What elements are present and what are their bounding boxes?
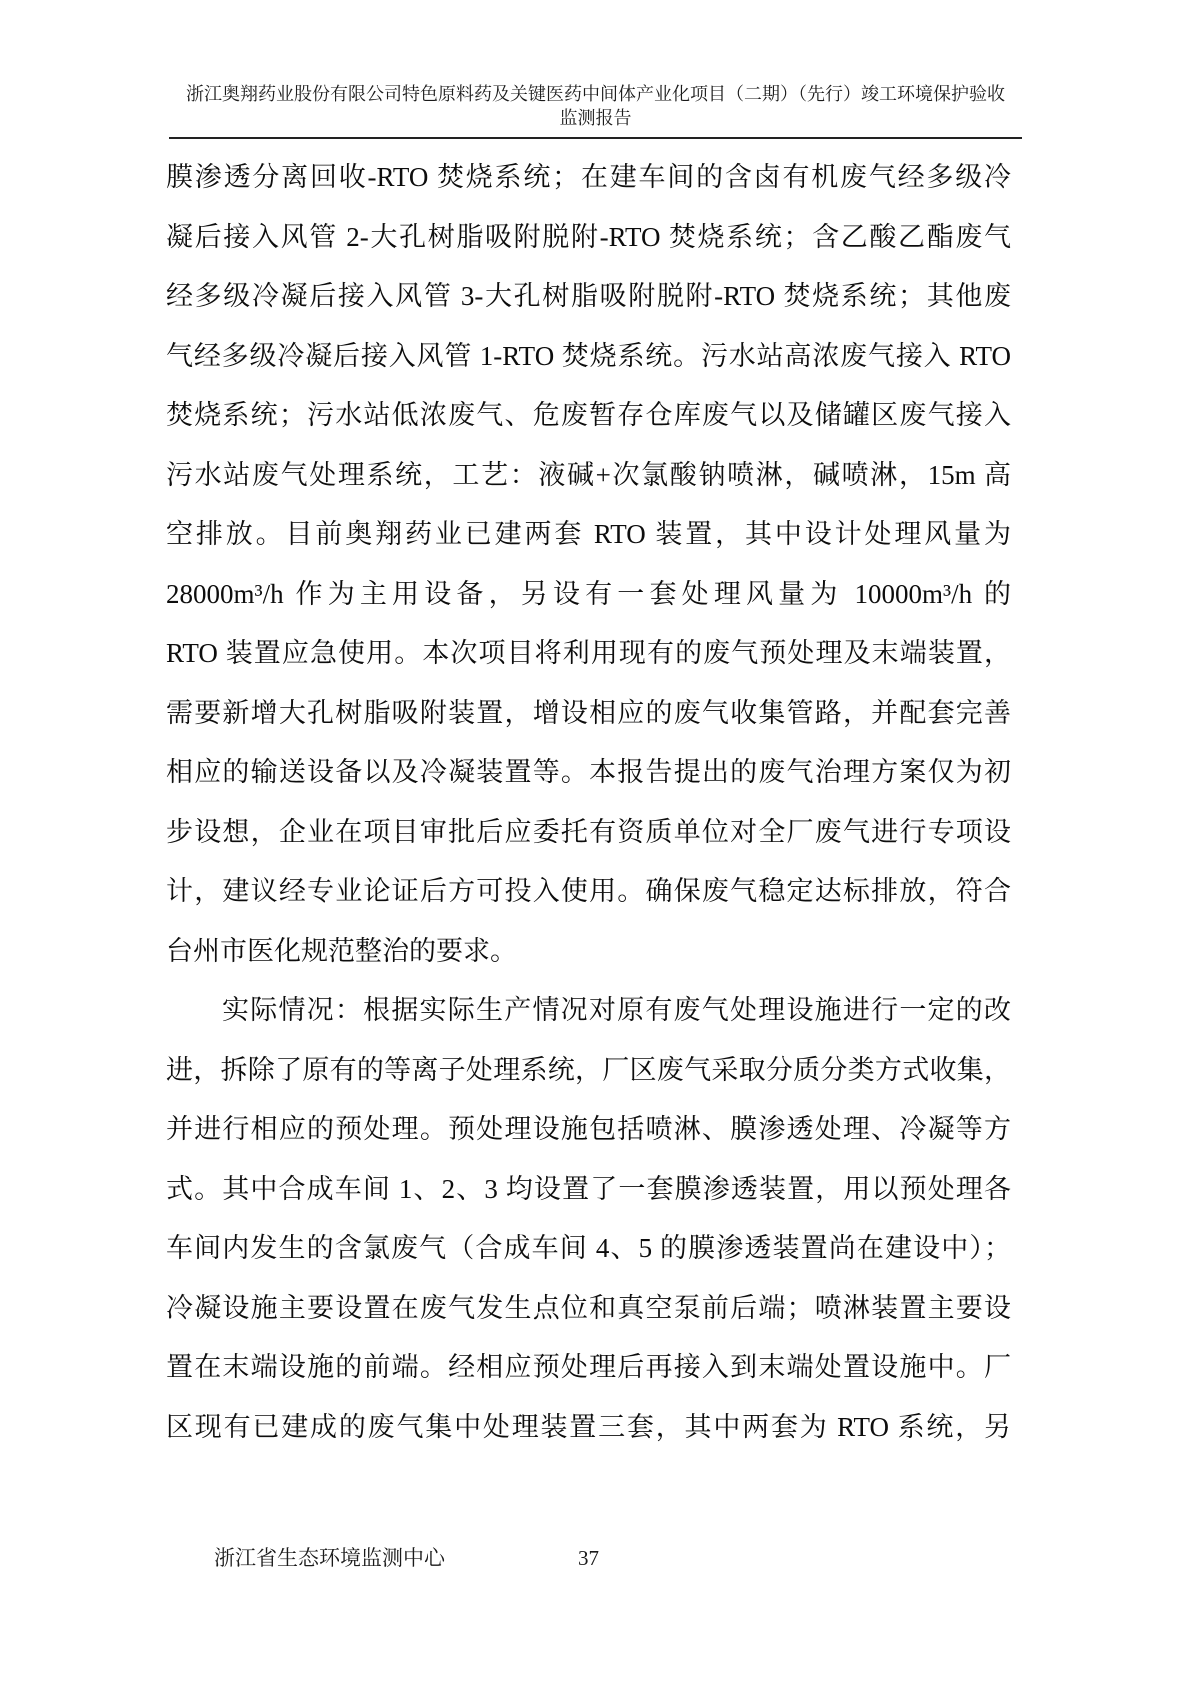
- paragraph-line: 需要新增大孔树脂吸附装置，增设相应的废气收集管路，并配套完善: [166, 684, 1011, 744]
- paragraph-line: 污水站废气处理系统，工艺：液碱+次氯酸钠喷淋，碱喷淋，15m 高: [166, 446, 1011, 506]
- paragraph-line: 经多级冷凝后接入风管 3-大孔树脂吸附脱附-RTO 焚烧系统；其他废: [166, 267, 1011, 327]
- header-title-line2: 监测报告: [169, 106, 1022, 130]
- paragraph-line: 冷凝设施主要设置在废气发生点位和真空泵前后端；喷淋装置主要设: [166, 1279, 1011, 1339]
- paragraph-line: 车间内发生的含氯废气（合成车间 4、5 的膜渗透装置尚在建设中）；: [166, 1219, 1011, 1279]
- paragraph-line: 气经多级冷凝后接入风管 1-RTO 焚烧系统。污水站高浓废气接入 RTO: [166, 327, 1011, 387]
- paragraph-line: 实际情况：根据实际生产情况对原有废气处理设施进行一定的改: [166, 981, 1011, 1041]
- paragraph-line: 区现有已建成的废气集中处理装置三套，其中两套为 RTO 系统，另: [166, 1398, 1011, 1458]
- paragraph-line: 步设想，企业在项目审批后应委托有资质单位对全厂废气进行专项设: [166, 803, 1011, 863]
- page-header: 浙江奥翔药业股份有限公司特色原料药及关键医药中间体产业化项目（二期）（先行）竣工…: [169, 82, 1022, 130]
- paragraph-line: 空排放。目前奥翔药业已建两套 RTO 装置，其中设计处理风量为: [166, 505, 1011, 565]
- document-page: 浙江奥翔药业股份有限公司特色原料药及关键医药中间体产业化项目（二期）（先行）竣工…: [0, 0, 1190, 1683]
- paragraph-line: 相应的输送设备以及冷凝装置等。本报告提出的废气治理方案仅为初: [166, 743, 1011, 803]
- document-body: 膜渗透分离回收-RTO 焚烧系统；在建车间的含卤有机废气经多级冷 凝后接入风管 …: [166, 148, 1011, 1457]
- paragraph-line: 式。其中合成车间 1、2、3 均设置了一套膜渗透装置，用以预处理各: [166, 1160, 1011, 1220]
- paragraph-line: 28000m³/h 作为主用设备，另设有一套处理风量为 10000m³/h 的: [166, 565, 1011, 625]
- paragraph-line: 台州市医化规范整治的要求。: [166, 922, 1011, 982]
- paragraph-line: RTO 装置应急使用。本次项目将利用现有的废气预处理及末端装置，: [166, 624, 1011, 684]
- paragraph-line: 并进行相应的预处理。预处理设施包括喷淋、膜渗透处理、冷凝等方: [166, 1100, 1011, 1160]
- paragraph-line: 焚烧系统；污水站低浓废气、危废暂存仓库废气以及储罐区废气接入: [166, 386, 1011, 446]
- paragraph-line: 膜渗透分离回收-RTO 焚烧系统；在建车间的含卤有机废气经多级冷: [166, 148, 1011, 208]
- header-title-line1: 浙江奥翔药业股份有限公司特色原料药及关键医药中间体产业化项目（二期）（先行）竣工…: [169, 82, 1022, 106]
- footer-page-number: 37: [166, 1545, 1011, 1571]
- paragraph-line: 进，拆除了原有的等离子处理系统，厂区废气采取分质分类方式收集，: [166, 1041, 1011, 1101]
- paragraph-line: 凝后接入风管 2-大孔树脂吸附脱附-RTO 焚烧系统；含乙酸乙酯废气: [166, 208, 1011, 268]
- header-divider: [169, 137, 1022, 139]
- paragraph-line: 置在末端设施的前端。经相应预处理后再接入到末端处置设施中。厂: [166, 1338, 1011, 1398]
- paragraph-line: 计，建议经专业论证后方可投入使用。确保废气稳定达标排放，符合: [166, 862, 1011, 922]
